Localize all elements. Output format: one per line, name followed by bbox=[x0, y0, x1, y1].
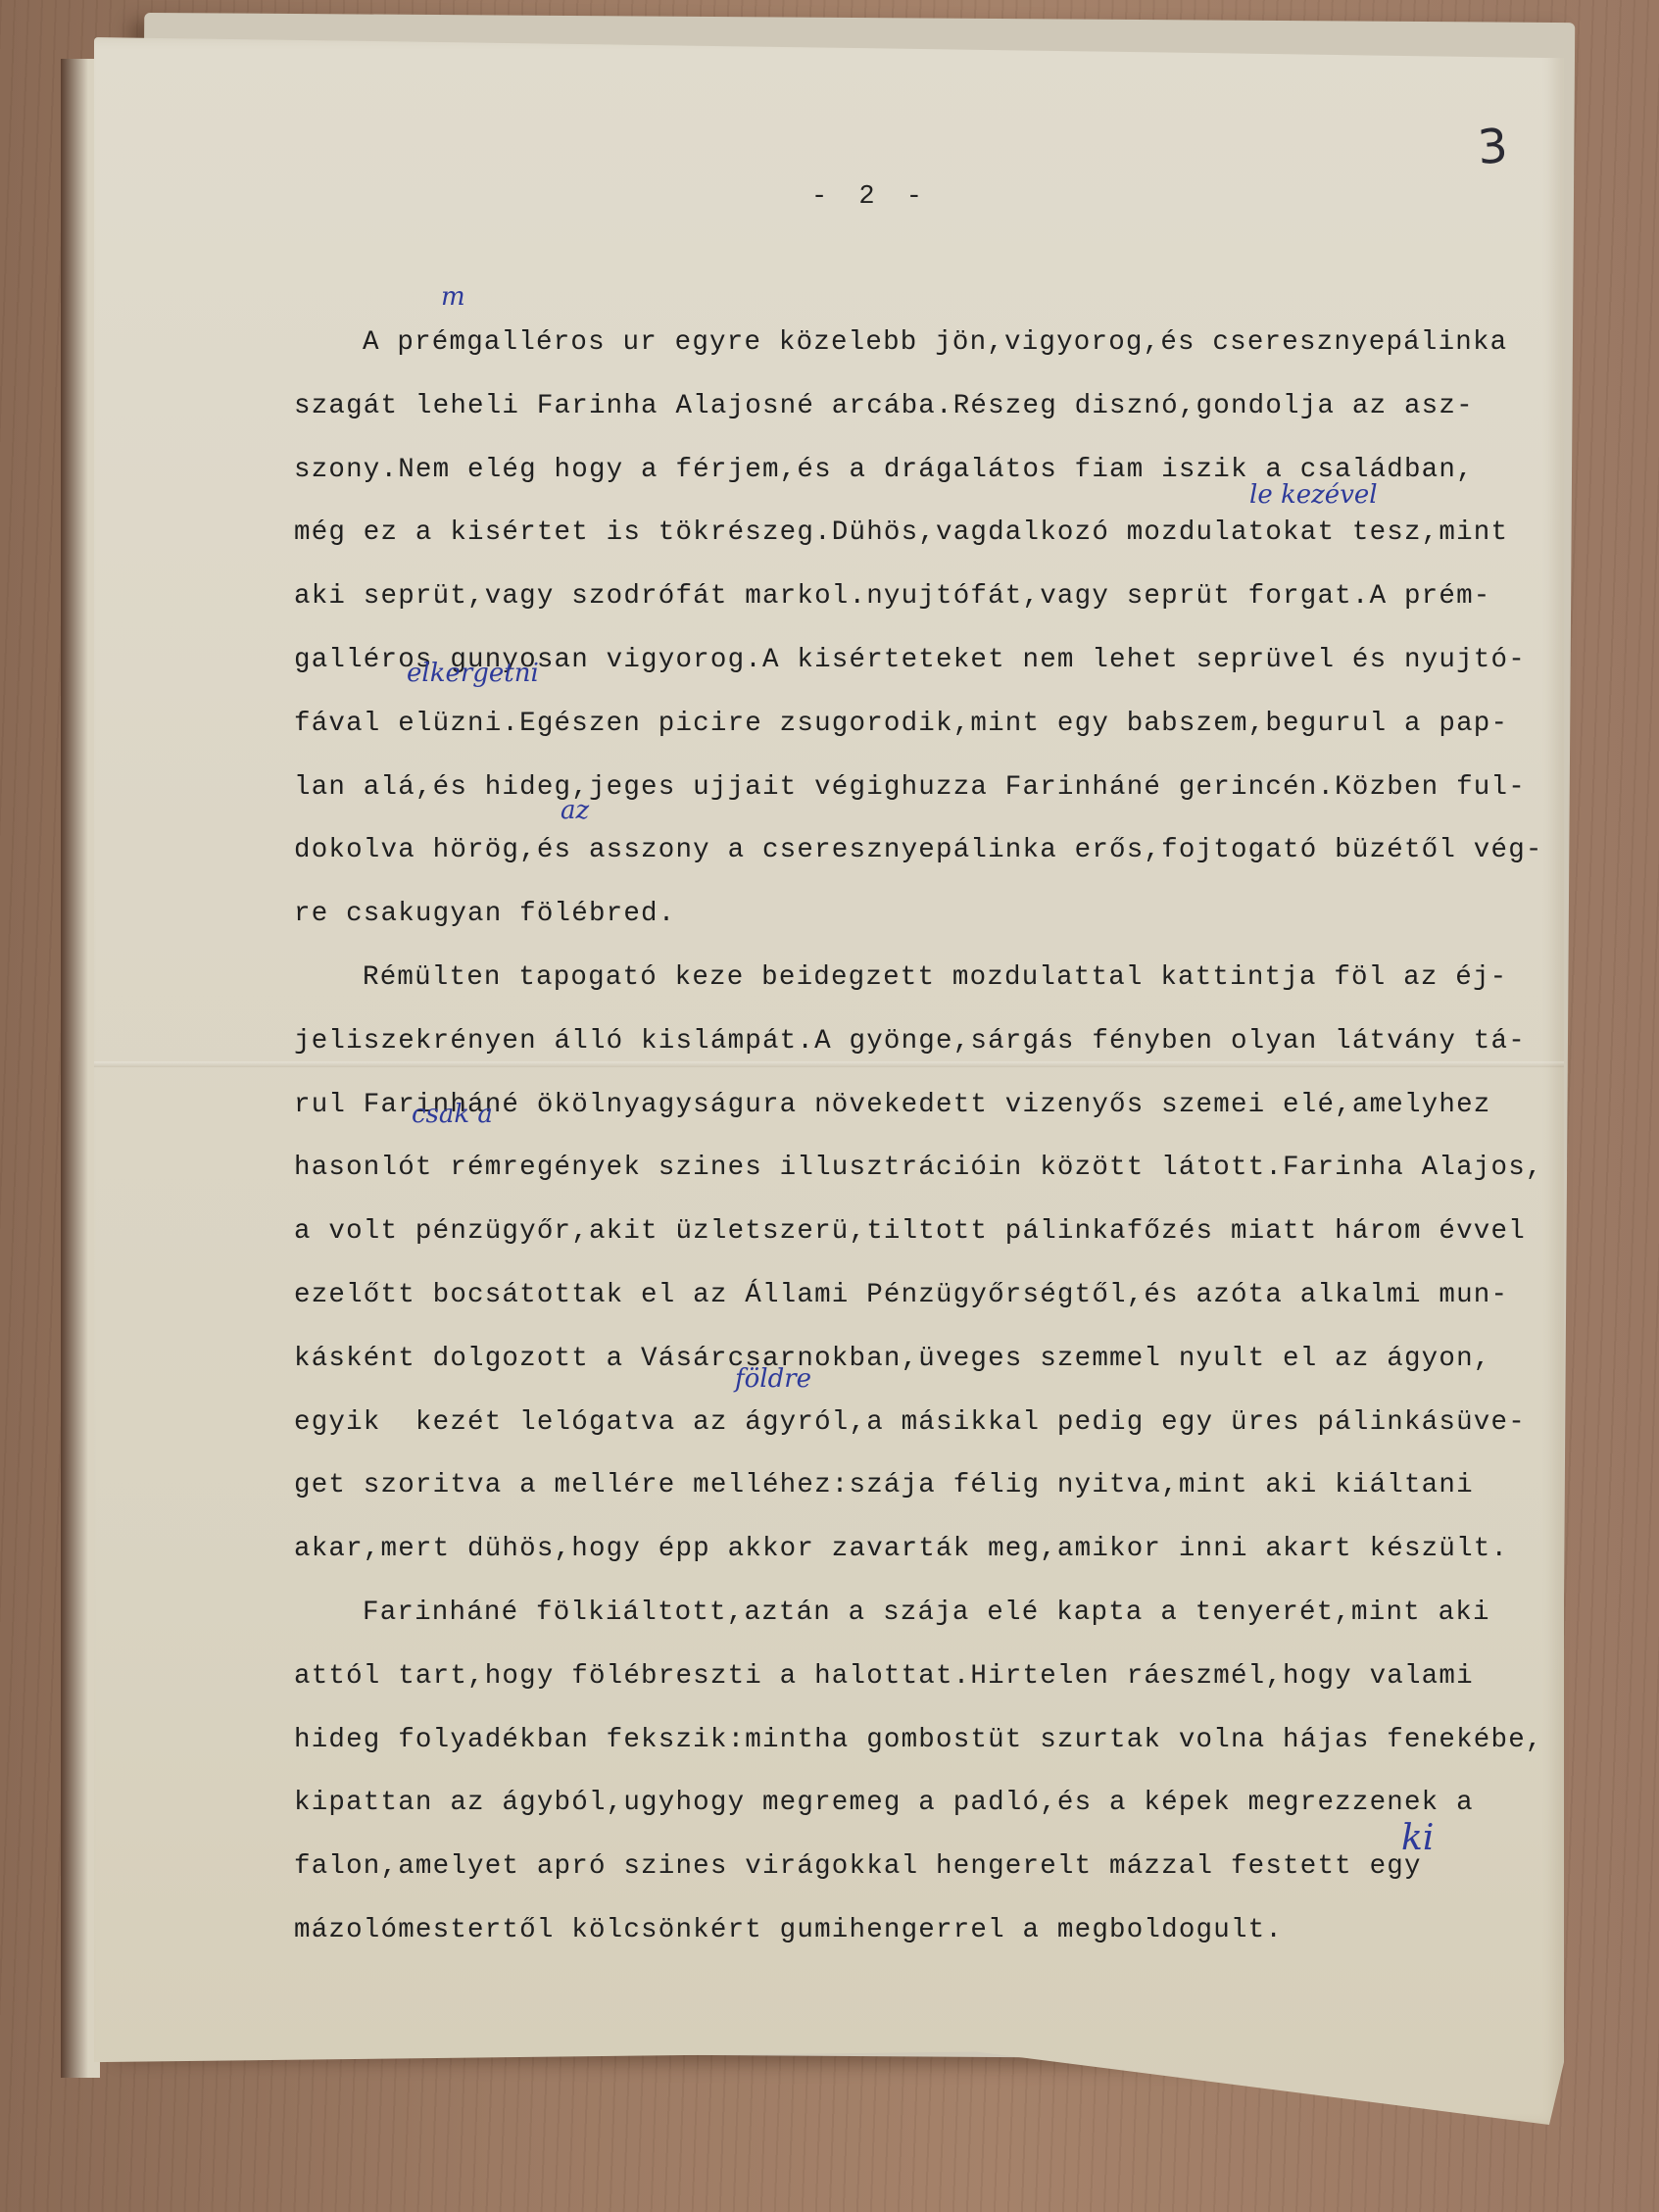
text-line: dokolva hörög,és asszony a cseresznyepál… bbox=[294, 819, 1529, 883]
text-line: még ez a kisértet is tökrészeg.Dühös,vag… bbox=[294, 502, 1529, 565]
handwritten-annotation: elkergetni bbox=[407, 659, 539, 688]
handwritten-annotation: az bbox=[561, 796, 589, 825]
handwritten-annotation: ki bbox=[1401, 1818, 1434, 1858]
text-line: Farinháné fölkiáltott,aztán a szája elé … bbox=[294, 1582, 1529, 1646]
text-line: re csakugyan fölébred. bbox=[294, 883, 1529, 947]
paragraph-3: Farinháné fölkiáltott,aztán a szája elé … bbox=[294, 1582, 1529, 1963]
text-line: attól tart,hogy fölébreszti a halottat.H… bbox=[294, 1646, 1529, 1709]
text-line: fával elüzni.Egészen picire zsugorodik,m… bbox=[294, 693, 1529, 757]
text-line: jeliszekrényen álló kislámpát.A gyönge,s… bbox=[294, 1010, 1529, 1074]
text-line: falon,amelyet apró szines virágokkal hen… bbox=[294, 1836, 1529, 1899]
handwritten-page-number: 3 bbox=[1476, 119, 1509, 175]
text-line: hasonlót rémregények szines illusztráció… bbox=[294, 1137, 1529, 1201]
handwritten-annotation: földre bbox=[735, 1364, 811, 1394]
text-line: akar,mert dühös,hogy épp akkor zavarták … bbox=[294, 1518, 1529, 1582]
text-line: ezelőtt bocsátottak el az Állami Pénzügy… bbox=[294, 1264, 1529, 1328]
text-line: a volt pénzügyőr,akit üzletszerü,tiltott… bbox=[294, 1201, 1529, 1264]
text-line: kásként dolgozott a Vásárcsarnokban,üveg… bbox=[294, 1328, 1529, 1392]
paragraph-2: Rémülten tapogató keze beidegzett mozdul… bbox=[294, 947, 1529, 1582]
handwritten-annotation: csak a bbox=[412, 1100, 493, 1129]
page-header: - 2 - bbox=[811, 182, 930, 212]
paragraph-1: A prémgalléros ur egyre közelebb jön,vig… bbox=[294, 312, 1529, 947]
text-line: egyik kezét lelógatva az ágyról,a másikk… bbox=[294, 1392, 1529, 1455]
handwritten-annotation: le kezével bbox=[1249, 480, 1378, 510]
text-line: kipattan az ágyból,ugyhogy megremeg a pa… bbox=[294, 1772, 1529, 1836]
text-line: A prémgalléros ur egyre közelebb jön,vig… bbox=[294, 312, 1529, 375]
document-body: A prémgalléros ur egyre közelebb jön,vig… bbox=[294, 312, 1529, 1963]
text-line: hideg folyadékban fekszik:mintha gombost… bbox=[294, 1709, 1529, 1773]
handwritten-annotation: m bbox=[441, 282, 465, 312]
text-line: get szoritva a mellére melléhez:szája fé… bbox=[294, 1454, 1529, 1518]
text-line: mázolómestertől kölcsönkért gumihengerre… bbox=[294, 1899, 1529, 1963]
text-line: lan alá,és hideg,jeges ujjait végighuzza… bbox=[294, 757, 1529, 820]
text-line: aki seprüt,vagy szodrófát markol.nyujtóf… bbox=[294, 565, 1529, 629]
text-line: Rémülten tapogató keze beidegzett mozdul… bbox=[294, 947, 1529, 1010]
text-line: szagát leheli Farinha Alajosné arcába.Ré… bbox=[294, 375, 1529, 439]
